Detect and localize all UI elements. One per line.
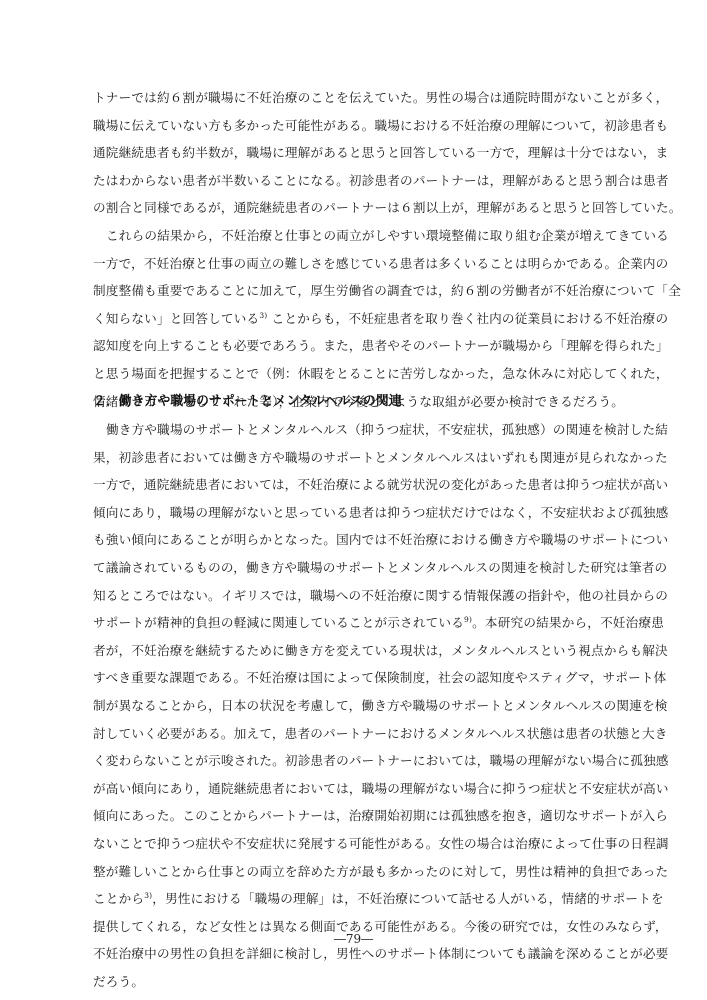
text-line: ないことで抑うつ症状や不安症状に発展する可能性がある。女性の場合は治療によって仕… bbox=[93, 830, 623, 858]
text-line: 一方で，通院継続患者においては，不妊治療による就労状況の変化があった患者は抑うつ… bbox=[93, 471, 623, 499]
text-line: が高い傾向にあり，通院継続患者においては，職場の理解がない場合に抑うつ症状と不安… bbox=[93, 775, 623, 803]
line-text: サポートが精神的負担の軽減に関連していることが示されている bbox=[93, 615, 464, 630]
text-line: も強い傾向にあることが明らかとなった。国内では不妊治療における働き方や職場のサポ… bbox=[93, 526, 623, 554]
text-line: 討していく必要がある。加えて，患者のパートナーにおけるメンタルヘルス状態は患者の… bbox=[93, 720, 623, 748]
line-text: ことから bbox=[93, 891, 144, 906]
text-line: 制が異なることから，日本の状況を考慮して，働き方や職場のサポートとメンタルヘルス… bbox=[93, 692, 623, 720]
text-line: と思う場面を把握することで（例：休暇をとることに苦労しなかった，急な休みに対応し… bbox=[93, 360, 623, 388]
text-line: これらの結果から，不妊治療と仕事との両立がしやすい環境整備に取り組む企業が増えて… bbox=[93, 222, 623, 250]
section-heading: ２．働き方や職場のサポートとメンタルヘルスの関連 bbox=[93, 392, 402, 412]
text-line: 果，初診患者においては働き方や職場のサポートとメンタルヘルスはいずれも関連が見ら… bbox=[93, 444, 623, 472]
text-line: トナーでは約６割が職場に不妊治療のことを伝えていた。男性の場合は通院時間がないこ… bbox=[93, 84, 623, 112]
text-line: 者が，不妊治療を継続するために働き方を変えている現状は，メンタルヘルスという視点… bbox=[93, 637, 623, 665]
text-line: たはわからない患者が半数いることになる。初診患者のパートナーは，理解があると思う… bbox=[93, 167, 623, 195]
text-line: 職場に伝えていない方も多かった可能性がある。職場における不妊治療の理解について，… bbox=[93, 112, 623, 140]
line-text: 。本研究の結果から，不妊治療患 bbox=[472, 615, 664, 630]
text-line: 知るところではない。イギリスでは，職場への不妊治療に関する情報保護の指針や，他の… bbox=[93, 582, 623, 610]
text-line: だろう。 bbox=[93, 968, 623, 996]
text-line: 制度整備も重要であることに加えて，厚生労働省の調査では，約６割の労働者が不妊治療… bbox=[93, 277, 623, 305]
text-line: 一方で，不妊治療と仕事の両立の難しさを感じている患者は多くいることは明らかである… bbox=[93, 250, 623, 278]
text-line: すべき重要な課題である。不妊治療は国によって保険制度，社会の認知度やスティグマ，… bbox=[93, 664, 623, 692]
citation-superscript: 9) bbox=[464, 615, 472, 624]
text-line: 働き方や職場のサポートとメンタルヘルス（抑うつ症状，不安症状，孤独感）の関連を検… bbox=[93, 416, 623, 444]
line-text: ，男性における「職場の理解」は，不妊治療について話せる人がいる，情緒的サポートを bbox=[152, 891, 664, 906]
text-line-with-citation: サポートが精神的負担の軽減に関連していることが示されている9)。本研究の結果から… bbox=[93, 609, 623, 637]
line-text: ことからも，不妊症患者を取り巻く社内の従業員における不妊治療の bbox=[267, 311, 668, 326]
text-line: 整が難しいことから仕事との両立を辞めた方が最も多かったのに対して，男性は精神的負… bbox=[93, 858, 623, 886]
document-page: トナーでは約６割が職場に不妊治療のことを伝えていた。男性の場合は通院時間がないこ… bbox=[0, 0, 707, 1000]
text-line-with-citation: ことから3)，男性における「職場の理解」は，不妊治療について話せる人がいる，情緒… bbox=[93, 885, 623, 913]
text-line: の割合と同様であるが，通院継続患者のパートナーは６割以上が，理解があると思うと回… bbox=[93, 194, 623, 222]
text-line: 傾向にあった。このことからパートナーは，治療開始初期には孤独感を抱き，適切なサポ… bbox=[93, 802, 623, 830]
text-line-with-citation: く知らない」と回答している3) ことからも，不妊症患者を取り巻く社内の従業員にお… bbox=[93, 305, 623, 333]
paragraph-mental-health: 働き方や職場のサポートとメンタルヘルス（抑うつ症状，不安症状，孤独感）の関連を検… bbox=[93, 416, 623, 995]
line-text: く知らない」と回答している bbox=[93, 311, 259, 326]
paragraph-workplace-environment: これらの結果から，不妊治療と仕事との両立がしやすい環境整備に取り組む企業が増えて… bbox=[93, 222, 623, 415]
text-line: く変わらないことが示唆された。初診患者のパートナーにおいては，職場の理解がない場… bbox=[93, 747, 623, 775]
text-line: 通院継続患者も約半数が，職場に理解があると思うと回答している一方で，理解は十分で… bbox=[93, 139, 623, 167]
paragraph-continuation: トナーでは約６割が職場に不妊治療のことを伝えていた。男性の場合は通院時間がないこ… bbox=[93, 84, 623, 222]
text-line: 傾向にあり，職場の理解がないと思っている患者は抑うつ症状だけではなく，不安症状お… bbox=[93, 499, 623, 527]
text-line: て議論されているものの，働き方や職場のサポートとメンタルヘルスの関連を検討した研… bbox=[93, 554, 623, 582]
text-line: 認知度を向上することも必要であろう。また，患者やそのパートナーが職場から「理解を… bbox=[93, 332, 623, 360]
page-number: ―79― bbox=[0, 932, 707, 946]
